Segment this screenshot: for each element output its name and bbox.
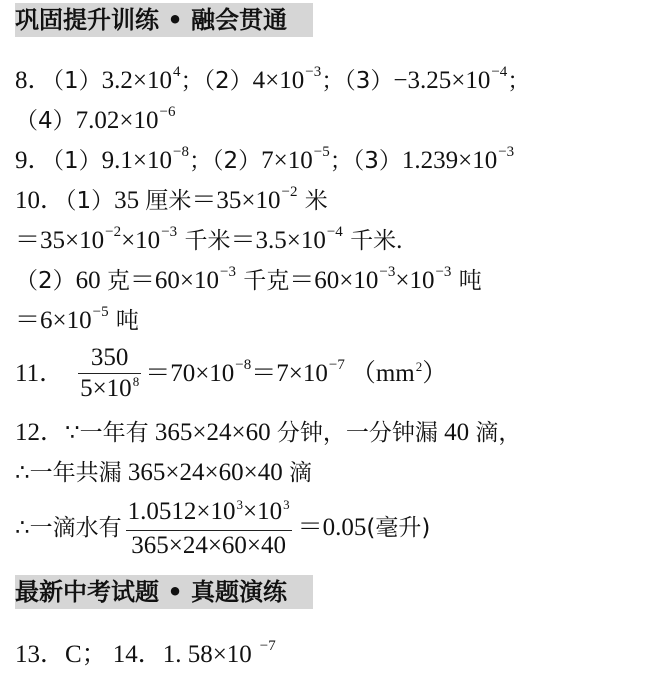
separator: ；	[507, 68, 530, 94]
section-header-consolidation: 巩固提升训练 • 融会贯通	[15, 3, 313, 37]
answer-10-line-3: （2）60 克＝60×10−3 千克＝60×10−3×10−3 吨	[15, 266, 482, 299]
part-label: （3）	[344, 68, 393, 94]
text: 滴，	[475, 420, 521, 446]
unit: （mm	[351, 360, 415, 387]
value: ＝70×10	[145, 360, 234, 387]
fraction-numerator: 1.0512×103×103	[126, 498, 292, 529]
fraction: 3505×108	[78, 344, 141, 406]
answer-value: 1.239×10	[402, 147, 497, 174]
value: ×10	[243, 498, 282, 525]
value: 365×24×60	[149, 419, 277, 446]
answer-value: 3.2×10	[102, 67, 172, 94]
answer-8-line-1: 8．（1）3.2×104；（2）4×10−3；（3）−3.25×10−4；	[15, 66, 530, 99]
value: ＝60×10	[289, 267, 378, 294]
answer-13: 13．C；	[15, 641, 107, 668]
section-header-exam-questions: 最新中考试题 • 真题演练	[15, 575, 313, 609]
exponent: 2	[416, 359, 423, 374]
unit: 米	[297, 188, 327, 214]
answer-10-line-4: ＝6×10−5 吨	[15, 306, 139, 339]
exponent: −2	[105, 224, 121, 240]
answer-14: 14．1. 58×10	[113, 641, 252, 668]
value: 1.0512×10	[128, 498, 236, 525]
answer-12-line-3: ∴一滴水有1.0512×103×103365×24×60×40＝0.05(毫升)	[15, 498, 430, 564]
answer-9: 9．（1）9.1×10−8；（2）7×10−5；（3）1.239×10−3	[15, 146, 514, 179]
value: ＝0.05	[298, 514, 367, 541]
part-label: （1）	[53, 148, 102, 174]
exponent: 3	[283, 497, 290, 512]
part-label: （2）	[15, 268, 76, 294]
separator: ；	[189, 148, 212, 174]
value: ＝6×10	[15, 307, 92, 334]
exponent: −3	[305, 64, 321, 80]
question-number: 11．	[15, 360, 64, 387]
unit: 厘米	[145, 188, 191, 214]
because-symbol: ∵	[65, 420, 80, 446]
text: 分钟，一分钟漏	[277, 420, 438, 446]
therefore-symbol: ∴	[15, 515, 30, 541]
value: ＝35×10	[191, 187, 280, 214]
question-number: 8．	[15, 67, 53, 94]
separator: ；	[181, 68, 204, 94]
unit: 千米	[177, 228, 230, 254]
fraction-denominator: 365×24×60×40	[126, 532, 292, 560]
exponent: 8	[133, 374, 140, 389]
exponent: −3	[435, 264, 451, 280]
value: 35	[114, 187, 145, 214]
answer-value: −3.25×10	[393, 67, 490, 94]
part-label: （4）	[15, 108, 76, 134]
value: 5×10	[80, 375, 132, 402]
exponent: −3	[161, 224, 177, 240]
exponent: −3	[220, 264, 236, 280]
answer-value: 7.02×10	[76, 107, 159, 134]
period: .	[396, 227, 402, 254]
value: 365×24×60×40	[122, 459, 289, 486]
fraction-bar	[78, 373, 141, 374]
answer-11: 11．3505×108＝70×10−8＝7×10−7（mm2）	[15, 344, 447, 406]
value: ×10	[395, 267, 434, 294]
exponent: −5	[314, 144, 330, 160]
therefore-symbol: ∴	[15, 460, 30, 486]
answer-12-line-2: ∴一年共漏 365×24×60×40 滴	[15, 458, 312, 488]
exponent: −4	[327, 224, 343, 240]
text: 一年共漏	[30, 460, 122, 486]
section-title: 最新中考试题 • 真题演练	[15, 578, 287, 606]
question-number: 9．	[15, 147, 53, 174]
exponent: −8	[173, 144, 189, 160]
value: ＝3.5×10	[230, 227, 325, 254]
exponent: 3	[237, 497, 244, 512]
answer-13-14: 13．C；14．1. 58×10−7	[15, 640, 276, 673]
unit: 吨	[451, 268, 481, 294]
answer-12-line-1: 12．∵一年有 365×24×60 分钟，一分钟漏 40 滴，	[15, 418, 521, 448]
fraction-bar	[126, 530, 292, 531]
question-number: 12．	[15, 419, 65, 446]
separator: ；	[330, 148, 353, 174]
answer-value: 9.1×10	[102, 147, 172, 174]
exponent: −4	[491, 64, 507, 80]
unit: 克	[107, 268, 130, 294]
answer-10-line-1: 10．（1）35 厘米＝35×10−2 米	[15, 186, 328, 219]
exponent: −7	[260, 638, 276, 654]
unit: 千克	[236, 268, 289, 294]
value: ＝7×10	[251, 360, 328, 387]
exponent: −3	[379, 264, 395, 280]
exponent: 4	[173, 64, 181, 80]
exponent: −8	[235, 357, 251, 373]
section-title: 巩固提升训练 • 融会贯通	[15, 6, 287, 34]
exponent: −7	[329, 357, 345, 373]
answer-value: 4×10	[253, 67, 305, 94]
answer-value: 7×10	[261, 147, 313, 174]
value: ＝35×10	[15, 227, 104, 254]
exponent: −5	[93, 304, 109, 320]
exponent: −3	[498, 144, 514, 160]
unit: (毫升)	[366, 515, 430, 541]
unit: 千米	[343, 228, 396, 254]
value: 60	[76, 267, 107, 294]
unit: ）	[422, 360, 447, 387]
fraction-denominator: 5×108	[78, 375, 141, 406]
exponent: −6	[160, 104, 176, 120]
value: ×10	[121, 227, 160, 254]
fraction: 1.0512×103×103365×24×60×40	[126, 498, 292, 560]
text: 一年有	[80, 420, 149, 446]
part-label: （2）	[204, 68, 253, 94]
answer-10-line-2: ＝35×10−2×10−3 千米＝3.5×10−4 千米.	[15, 226, 402, 259]
value: ＝60×10	[130, 267, 219, 294]
part-label: （3）	[353, 148, 402, 174]
answer-8-line-2: （4）7.02×10−6	[15, 106, 175, 139]
question-number: 10．	[15, 187, 65, 214]
unit: 吨	[109, 308, 139, 334]
fraction-numerator: 350	[78, 344, 141, 372]
part-label: （1）	[53, 68, 102, 94]
text: 滴	[289, 460, 312, 486]
exponent: −2	[282, 184, 298, 200]
separator: ；	[321, 68, 344, 94]
text: 一滴水有	[30, 515, 122, 541]
part-label: （1）	[65, 188, 114, 214]
value: 40	[438, 419, 476, 446]
part-label: （2）	[212, 148, 261, 174]
